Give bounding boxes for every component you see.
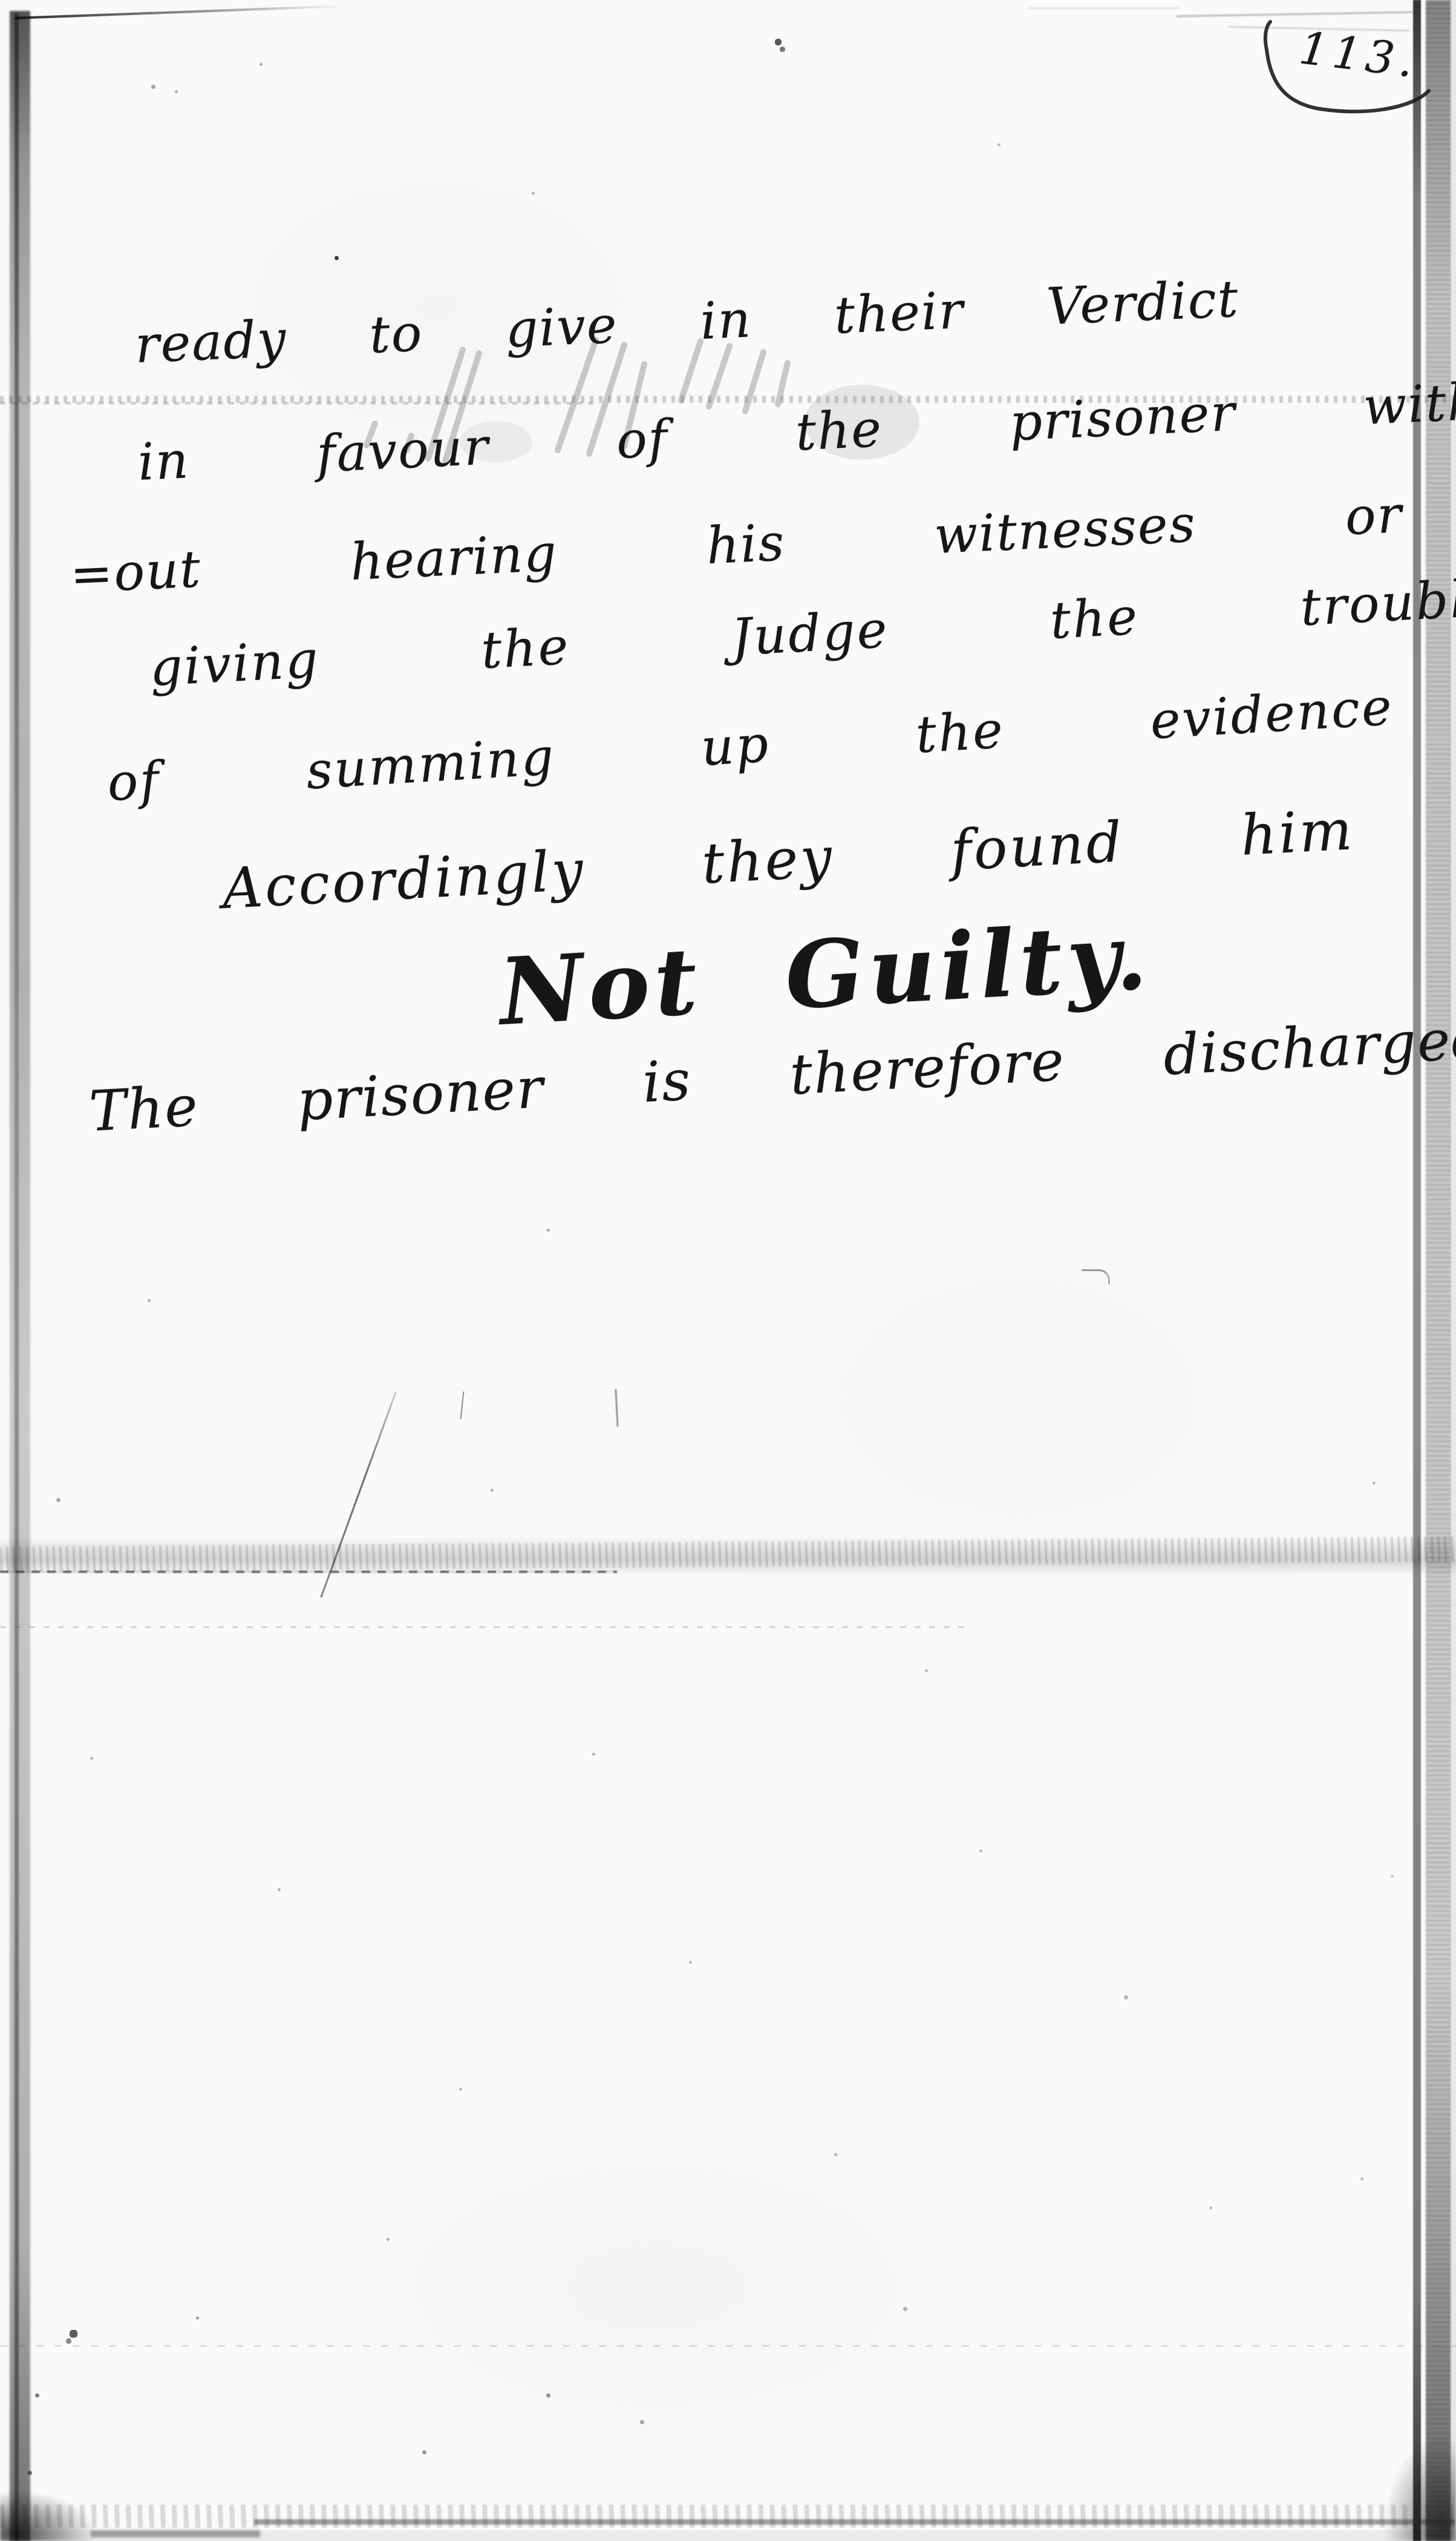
verdict-text: Not Guilty. [497, 910, 1154, 1038]
manuscript-line: Accordingly they found him [221, 802, 1356, 917]
hairline-mark [615, 1389, 618, 1427]
hairline-mark [460, 1391, 465, 1419]
scan-line-artifact [0, 402, 593, 405]
manuscript-line: ready to give in their Verdict [134, 273, 1240, 370]
top-right-streak [1028, 7, 1180, 9]
page-scan: 113. ready to give in their Verdict in f… [0, 0, 1456, 2541]
manuscript-line: of summing up the evidence — [106, 669, 1456, 808]
bottom-left-streak [91, 2530, 260, 2537]
scan-line-artifact [0, 1626, 968, 1628]
manuscript-line: in favour of the prisoner with= [137, 374, 1456, 488]
left-page-edge-line [15, 13, 19, 2541]
bottom-streak-line [254, 2519, 1455, 2525]
left-page-edge-band [10, 11, 30, 2541]
bottom-left-corner-smudge [0, 2490, 97, 2541]
paper-speckles [0, 0, 2, 2]
scan-line-artifact [0, 2345, 1456, 2347]
stray-pen-mark [1082, 1269, 1110, 1284]
page-number: 113. [1296, 22, 1421, 88]
top-edge-line [15, 5, 344, 19]
top-right-streak [1177, 11, 1412, 18]
fold-crease-line [0, 1571, 617, 1573]
